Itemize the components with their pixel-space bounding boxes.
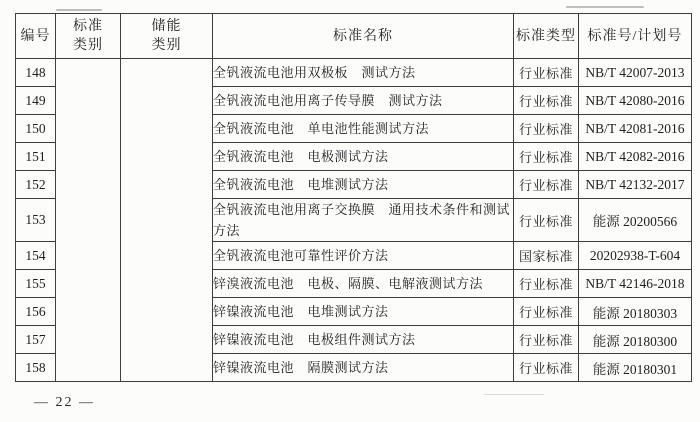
table-body: 148全钒液流电池用双极板 测试方法行业标准NB/T 42007-2013149… — [16, 59, 692, 382]
row-id-cell: 153 — [16, 199, 56, 242]
standard-number-cell: 20202938-T-604 — [579, 242, 692, 270]
header-row: 编号 标准 类别 储能 类别 标准名称 标准类型 标准号/计划号 — [16, 14, 692, 59]
table-header: 编号 标准 类别 储能 类别 标准名称 标准类型 标准号/计划号 — [16, 14, 692, 59]
page-number: — 22 — — [34, 395, 95, 411]
standard-name-cell: 锌镍液流电池 电极组件测试方法 — [213, 326, 514, 354]
row-id-cell: 156 — [16, 298, 56, 326]
standard-number-cell: NB/T 42132-2017 — [579, 171, 692, 199]
standard-number-cell: 能源 20180303 — [579, 298, 692, 326]
standard-type-cell: 行业标准 — [514, 199, 579, 242]
standard-type-cell: 行业标准 — [514, 115, 579, 143]
scan-artifact — [56, 9, 102, 11]
standard-number-cell: NB/T 42081-2016 — [579, 115, 692, 143]
header-standard-name: 标准名称 — [213, 14, 514, 59]
row-id-cell: 150 — [16, 115, 56, 143]
header-standard-number: 标准号/计划号 — [579, 14, 692, 59]
storage-category-cell — [121, 59, 213, 382]
row-id-cell: 149 — [16, 87, 56, 115]
standard-name-cell: 全钒液流电池 单电池性能测试方法 — [213, 115, 514, 143]
standard-name-cell: 全钒液流电池 电堆测试方法 — [213, 171, 514, 199]
standard-type-cell: 行业标准 — [514, 171, 579, 199]
row-id-cell: 148 — [16, 59, 56, 87]
standard-type-cell: 国家标准 — [514, 242, 579, 270]
standard-name-cell: 全钒液流电池用离子传导膜 测试方法 — [213, 87, 514, 115]
standard-type-cell: 行业标准 — [514, 354, 579, 382]
standard-name-cell: 全钒液流电池可靠性评价方法 — [213, 242, 514, 270]
scan-artifact — [484, 394, 544, 395]
standard-type-cell: 行业标准 — [514, 298, 579, 326]
standard-type-cell: 行业标准 — [514, 87, 579, 115]
standard-name-cell: 全钒液流电池 电极测试方法 — [213, 143, 514, 171]
header-storage-category: 储能 类别 — [121, 14, 213, 59]
standard-type-cell: 行业标准 — [514, 59, 579, 87]
standard-type-cell: 行业标准 — [514, 270, 579, 298]
row-id-cell: 157 — [16, 326, 56, 354]
header-standard-type: 标准类型 — [514, 14, 579, 59]
standard-number-cell: 能源 20200566 — [579, 199, 692, 242]
standard-name-cell: 锌镍液流电池 电堆测试方法 — [213, 298, 514, 326]
standard-type-cell: 行业标准 — [514, 326, 579, 354]
standard-name-cell: 锌镍液流电池 隔膜测试方法 — [213, 354, 514, 382]
header-id: 编号 — [16, 14, 56, 59]
table-row: 148全钒液流电池用双极板 测试方法行业标准NB/T 42007-2013 — [16, 59, 692, 87]
standard-number-cell: NB/T 42080-2016 — [579, 87, 692, 115]
standard-category-cell — [56, 59, 121, 382]
standard-number-cell: NB/T 42146-2018 — [579, 270, 692, 298]
standard-number-cell: NB/T 42007-2013 — [579, 59, 692, 87]
scan-artifact — [566, 6, 644, 8]
standards-table: 编号 标准 类别 储能 类别 标准名称 标准类型 标准号/计划号 148全钒液流… — [15, 13, 692, 382]
row-id-cell: 154 — [16, 242, 56, 270]
standard-type-cell: 行业标准 — [514, 143, 579, 171]
standard-name-cell: 全钒液流电池用双极板 测试方法 — [213, 59, 514, 87]
standard-number-cell: 能源 20180300 — [579, 326, 692, 354]
header-standard-category: 标准 类别 — [56, 14, 121, 59]
row-id-cell: 152 — [16, 171, 56, 199]
row-id-cell: 155 — [16, 270, 56, 298]
standard-name-cell: 锌溴液流电池 电极、隔膜、电解液测试方法 — [213, 270, 514, 298]
standard-number-cell: 能源 20180301 — [579, 354, 692, 382]
standard-name-cell: 全钒液流电池用离子交换膜 通用技术条件和测试方法 — [213, 199, 514, 242]
row-id-cell: 158 — [16, 354, 56, 382]
standard-number-cell: NB/T 42082-2016 — [579, 143, 692, 171]
row-id-cell: 151 — [16, 143, 56, 171]
scanned-document-page: 编号 标准 类别 储能 类别 标准名称 标准类型 标准号/计划号 148全钒液流… — [0, 0, 700, 422]
